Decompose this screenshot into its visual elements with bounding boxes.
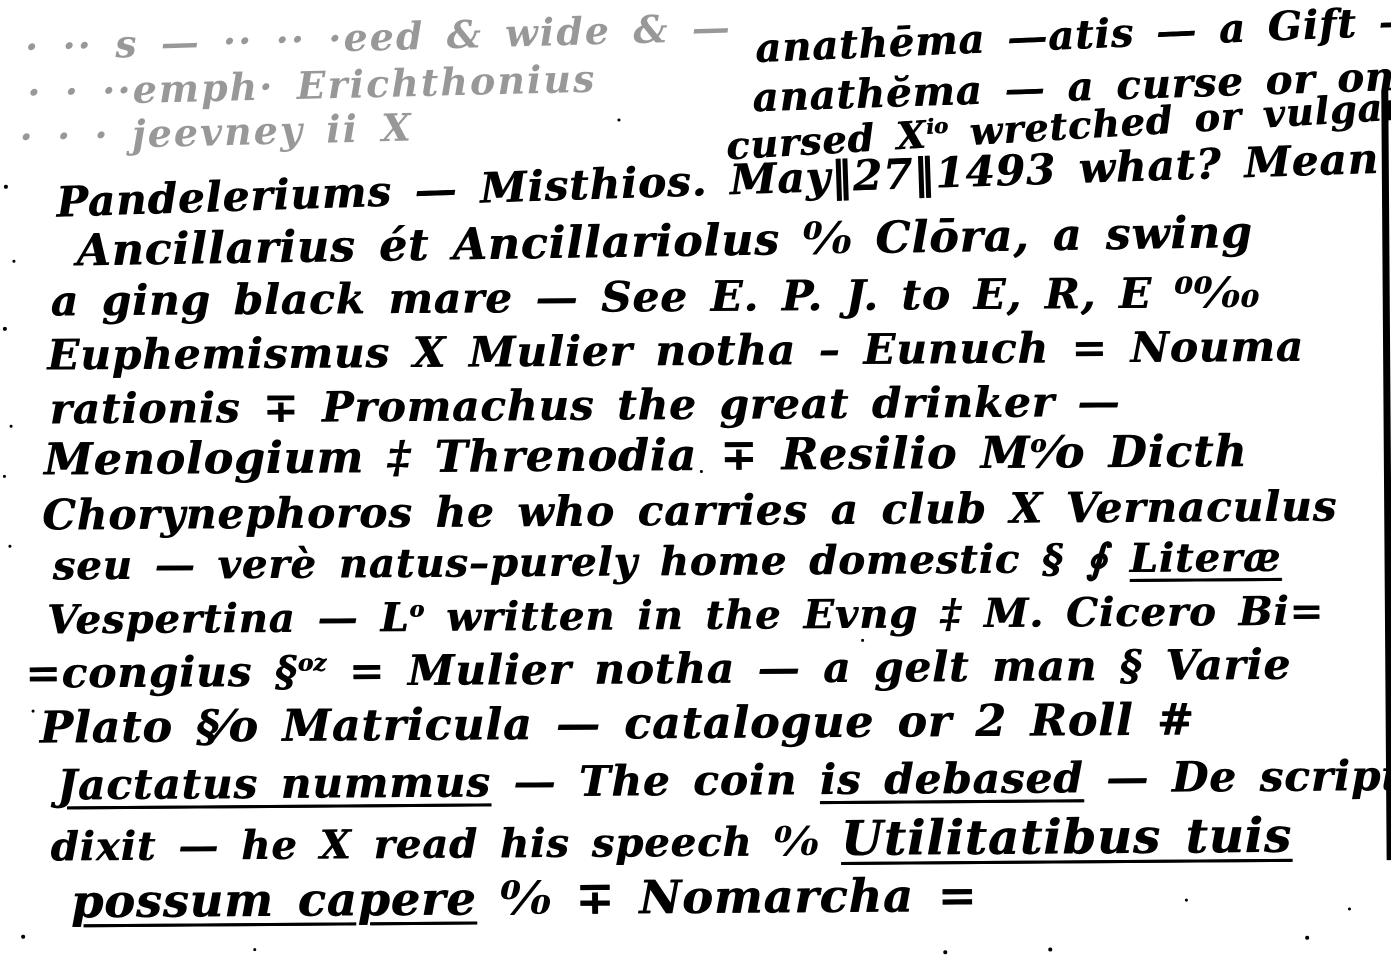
manuscript-text-segment: Menologium ‡ Threnodia ∓ Resilio M bbox=[44, 428, 1031, 486]
manuscript-line: dixit — he X read his speech ⁰⁄₀ Utilita… bbox=[50, 810, 1292, 871]
ink-speck bbox=[1348, 907, 1351, 910]
ink-speck bbox=[12, 260, 15, 263]
manuscript-line: Euphemismus X Mulier notha – Eunuch = No… bbox=[47, 324, 1304, 379]
manuscript-text-segment: — De scripta bbox=[1083, 751, 1391, 802]
manuscript-line: a ging black mare — See E. P. J. to E, R… bbox=[51, 270, 1261, 325]
ink-speck bbox=[253, 948, 256, 951]
ink-speck bbox=[3, 475, 6, 478]
manuscript-line: Menologium ‡ Threnodia ∓ Resilio Mo⁄o Di… bbox=[44, 428, 1248, 485]
ink-speck bbox=[8, 545, 11, 548]
manuscript-line: Vespertina — Lo written in the Evng ‡ M.… bbox=[47, 590, 1324, 643]
manuscript-line: · ·· s — ·· ·· ·eed & wide & — bbox=[24, 6, 732, 68]
ink-speck bbox=[1305, 936, 1309, 940]
ink-speck bbox=[32, 710, 35, 713]
manuscript-text-segment: · · · jeevney ii X bbox=[19, 105, 413, 160]
manuscript-line: possum capere ⁰⁄₀ ∓ Nomarcha = bbox=[71, 870, 978, 927]
manuscript-line: Jactatus nummus — The coin is debased — … bbox=[57, 753, 1391, 809]
manuscript-text-segment: possum capere bbox=[71, 872, 477, 929]
manuscript-text-segment: =congius § bbox=[25, 647, 298, 698]
manuscript-line: =congius §oz = Mulier notha — a gelt man… bbox=[25, 642, 1291, 697]
ink-speck bbox=[1185, 899, 1188, 902]
manuscript-text-segment: io bbox=[925, 113, 948, 139]
ink-speck bbox=[4, 185, 8, 189]
manuscript-text-segment: oz bbox=[298, 650, 327, 677]
manuscript-text-segment: rationis ∓ Promachus the great drinker — bbox=[49, 377, 1120, 433]
manuscript-text-segment: Utilitatibus tuis bbox=[841, 808, 1292, 867]
manuscript-text-segment: Vespertina — L bbox=[47, 594, 410, 644]
ink-speck bbox=[10, 425, 13, 428]
manuscript-text-segment: Literæ bbox=[1129, 534, 1281, 582]
ink-speck bbox=[1048, 948, 1052, 952]
manuscript-line: Chorynephoros he who carries a club X Ve… bbox=[42, 484, 1337, 539]
manuscript-text-segment: dixit — he X read his speech ⁰⁄₀ bbox=[50, 818, 841, 871]
manuscript-text-segment: ⁄o Dicth bbox=[1046, 426, 1247, 478]
manuscript-text-segment: Euphemismus X Mulier notha – Eunuch = No… bbox=[47, 322, 1304, 380]
scan-noise-specks bbox=[0, 0, 1388, 5]
scan-edge-artifact bbox=[1381, 90, 1391, 860]
ink-speck bbox=[3, 327, 7, 331]
manuscript-line: rationis ∓ Promachus the great drinker — bbox=[49, 379, 1120, 433]
manuscript-text-segment: written in the Evng ‡ M. Cicero Bi= bbox=[424, 588, 1324, 641]
ink-speck bbox=[700, 470, 703, 473]
ink-speck bbox=[21, 935, 25, 939]
manuscript-page: · ·· s — ·· ·· ·eed & wide & —anathēma —… bbox=[0, 0, 1391, 967]
manuscript-text-segment: Plato §⁄o Matricula — catalogue or 2 Rol… bbox=[40, 695, 1195, 754]
manuscript-line: Plato §⁄o Matricula — catalogue or 2 Rol… bbox=[40, 697, 1195, 753]
manuscript-text-segment: ⁰⁰⁄₀₀ bbox=[1174, 268, 1260, 318]
manuscript-text-segment: Jactatus nummus bbox=[57, 757, 491, 809]
manuscript-line: · · · jeevney ii X bbox=[19, 107, 413, 158]
ink-speck bbox=[861, 639, 864, 642]
manuscript-text-segment: Chorynephoros he who carries a club X Ve… bbox=[42, 482, 1337, 540]
manuscript-text-segment: = Mulier notha — a gelt man § Varie bbox=[326, 640, 1291, 696]
manuscript-text-segment: o bbox=[409, 597, 424, 623]
manuscript-text-segment: a ging black mare — See E. P. J. to E, R… bbox=[51, 269, 1175, 326]
ink-speck bbox=[943, 950, 947, 954]
manuscript-text-segment: · ·· s — ·· ·· ·eed & wide & — bbox=[24, 4, 732, 69]
manuscript-text-segment: ⁰⁄₀ ∓ Nomarcha = bbox=[476, 868, 977, 925]
manuscript-text-segment: is debased bbox=[820, 753, 1084, 804]
manuscript-lines: · ·· s — ·· ·· ·eed & wide & —anathēma —… bbox=[0, 0, 1388, 5]
manuscript-text-segment: — The coin bbox=[491, 755, 820, 806]
ink-speck bbox=[617, 119, 620, 122]
manuscript-line: seu — verè natus–purely home domestic § … bbox=[52, 536, 1281, 589]
manuscript-text-segment: seu — verè natus–purely home domestic § … bbox=[52, 535, 1129, 590]
manuscript-text-segment: o bbox=[1030, 429, 1046, 458]
